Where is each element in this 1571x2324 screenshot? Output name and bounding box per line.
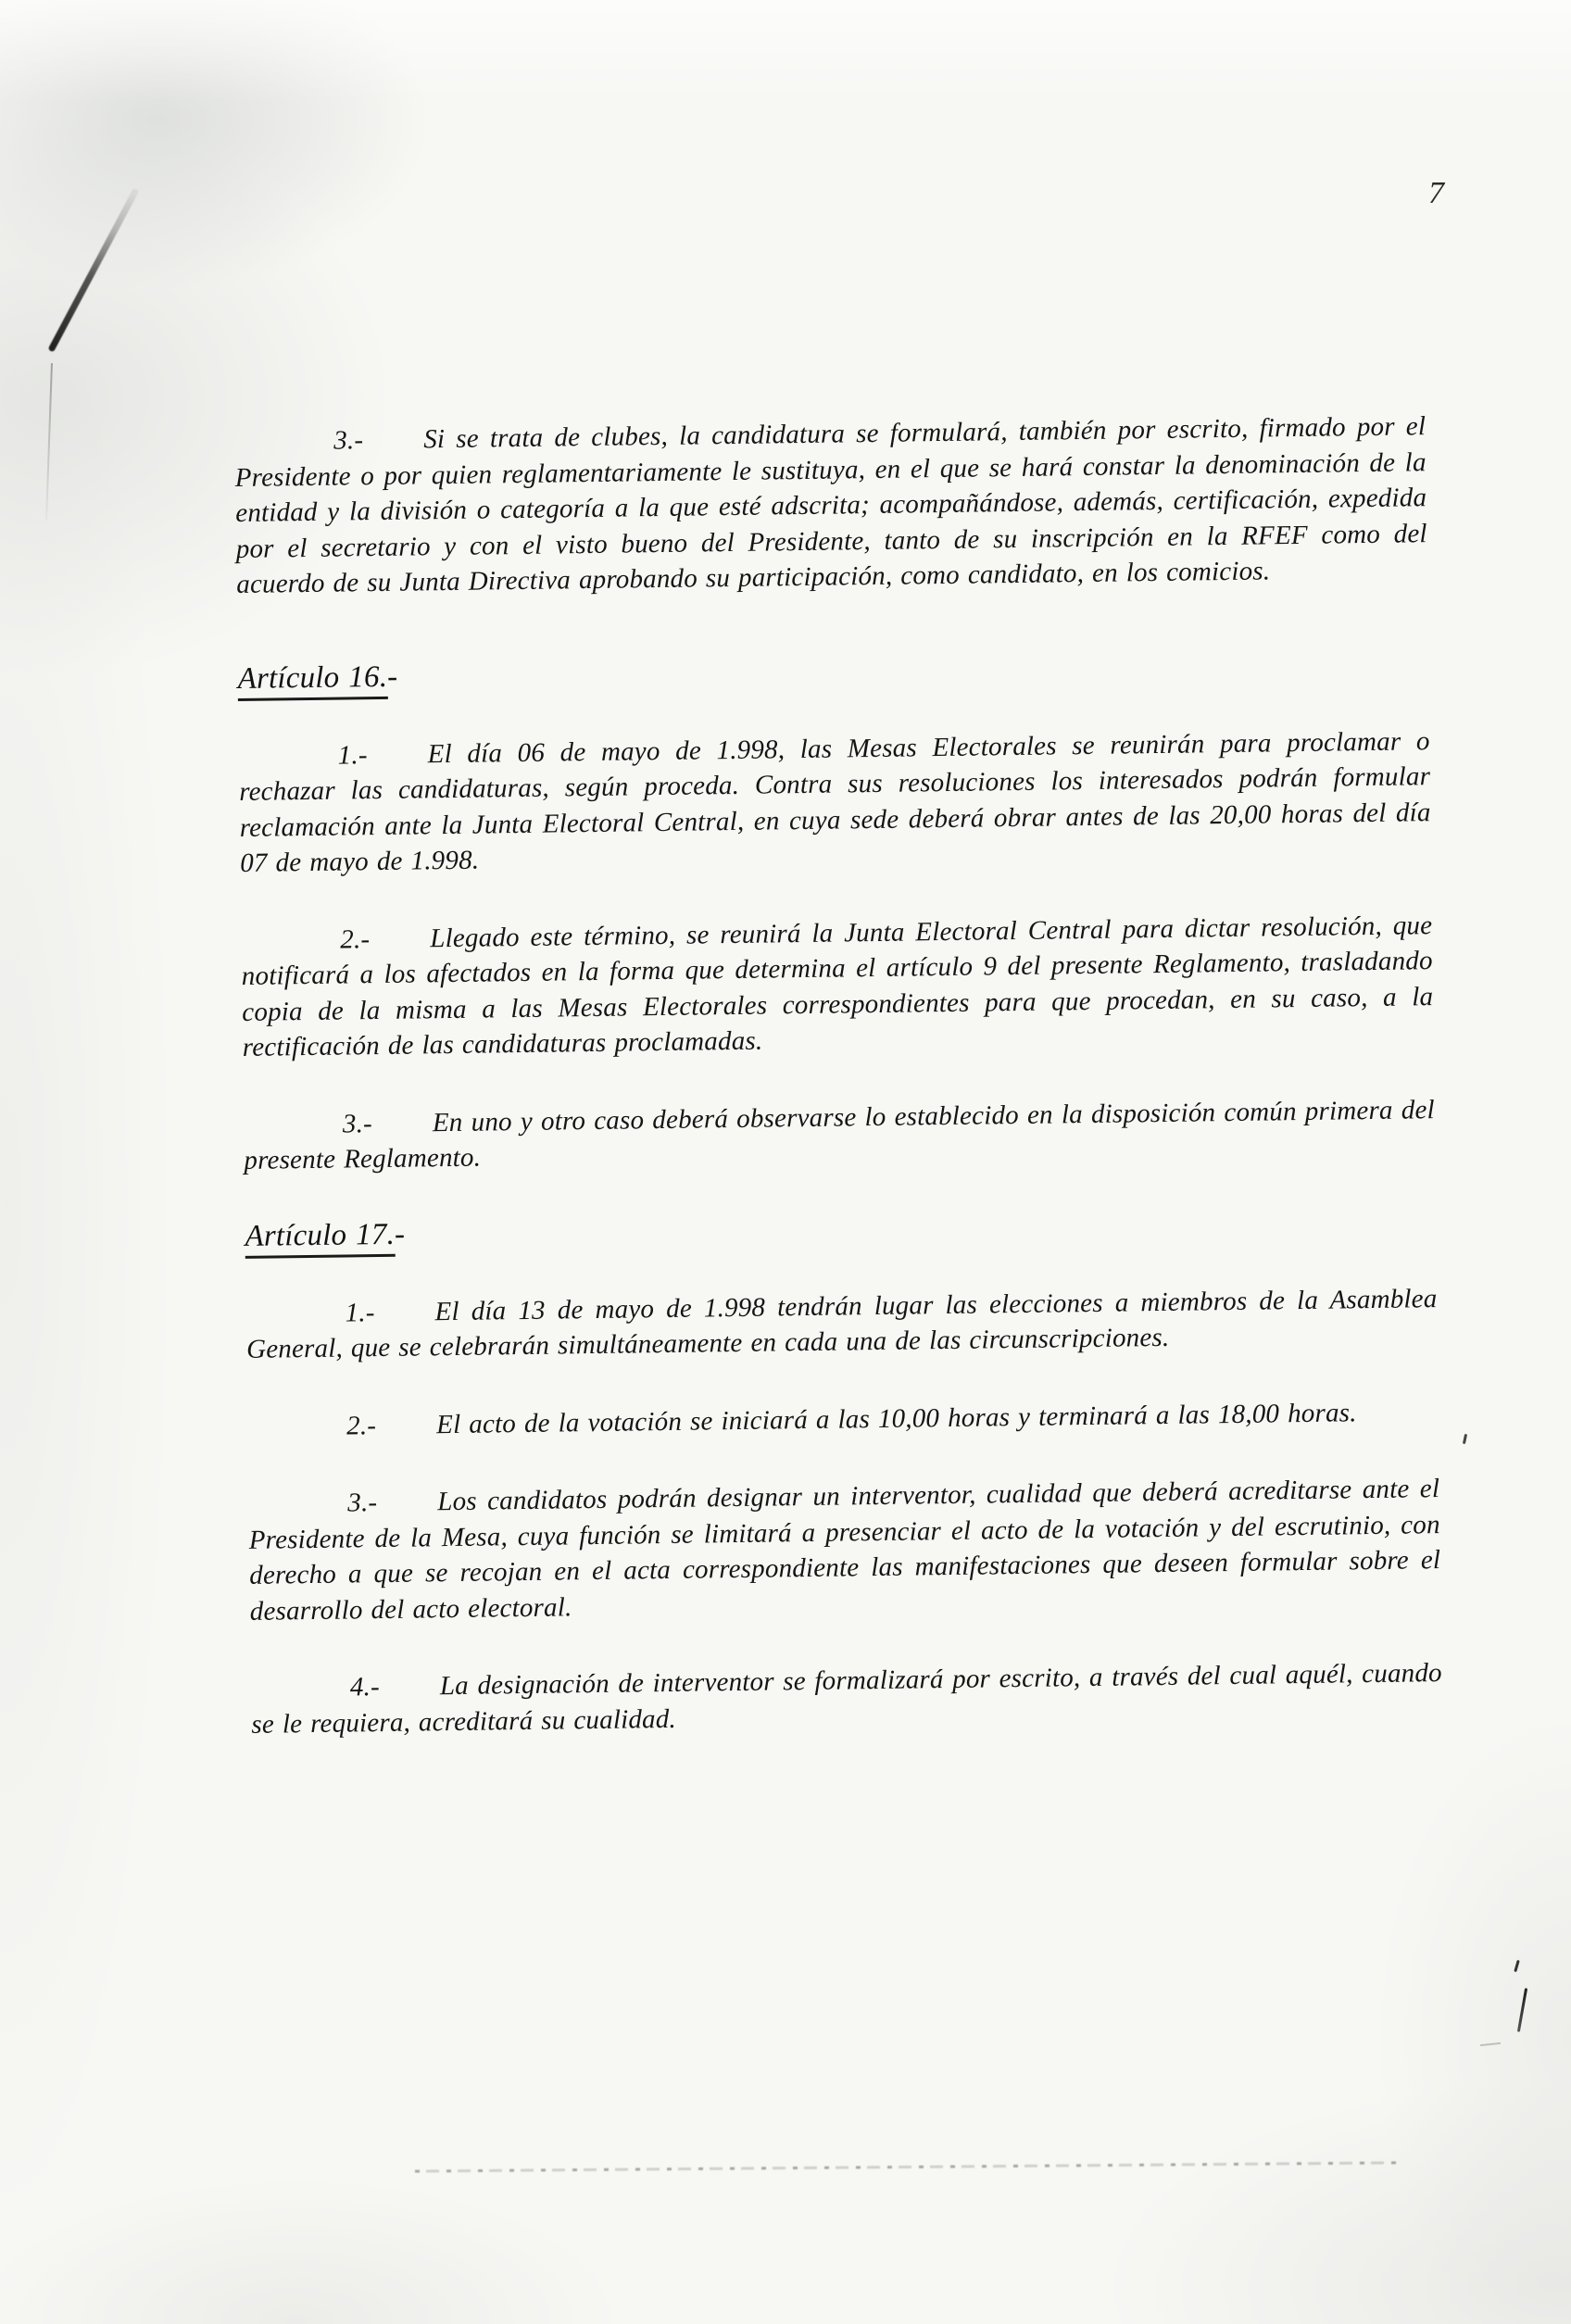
article-17-label: Artículo 17. [245, 1217, 395, 1258]
article-16-heading: Artículo 16.- [237, 645, 1428, 697]
stray-mark-tick [1463, 1434, 1467, 1444]
paragraph-number: 2.- [346, 1407, 436, 1444]
paragraph-art17-2: 2.-El acto de la votación se iniciará a … [247, 1394, 1439, 1445]
paragraph-number: 3.- [343, 1105, 433, 1142]
scan-smudge-line [415, 2161, 1399, 2172]
paragraph-number: 1.- [337, 736, 427, 773]
article-17-heading: Artículo 17.- [245, 1202, 1436, 1255]
paragraph-text: El acto de la votación se iniciará a las… [436, 1398, 1357, 1439]
paragraph-number: 2.- [340, 921, 430, 958]
paragraph-number: 1.- [345, 1294, 434, 1331]
paragraph-art16-2: 2.-Llegado este término, se reunirá la J… [241, 908, 1434, 1066]
page-number: 7 [1428, 176, 1444, 211]
pen-stroke-mark [47, 187, 139, 352]
paragraph-number: 4.- [350, 1668, 440, 1705]
stray-mark-apostrophe [1514, 1960, 1519, 1972]
paragraph-clubs-candidacy: 3.-Si se trata de clubes, la candidatura… [234, 408, 1427, 602]
paragraph-art17-4: 4.-La designación de interventor se form… [251, 1655, 1443, 1742]
paragraph-art17-3: 3.-Los candidatos podrán designar un int… [248, 1471, 1441, 1629]
stray-mark-dash [1480, 2042, 1501, 2046]
article-16-label: Artículo 16. [237, 660, 387, 700]
page-layer: 7 3.-Si se trata de clubes, la candidatu… [0, 0, 1571, 2324]
paragraph-number: 3.- [333, 421, 423, 459]
paragraph-number: 3.- [347, 1484, 437, 1521]
paragraph-art16-1: 1.-El día 06 de mayo de 1.998, las Mesas… [238, 723, 1431, 882]
scanned-page: { "page": { "number": "7" }, "body": { "… [0, 0, 1571, 2324]
article-16-dash: - [387, 660, 398, 693]
paragraph-art17-1: 1.-El día 13 de mayo de 1.998 tendrán lu… [245, 1281, 1438, 1368]
paragraph-art16-3: 3.-En uno y otro caso deberá observarse … [244, 1092, 1436, 1179]
stray-mark-slash [1517, 1988, 1527, 2032]
pen-stroke-faint [45, 363, 53, 521]
article-17-dash: - [395, 1217, 406, 1250]
document-body: 3.-Si se trata de clubes, la candidatura… [234, 408, 1443, 1742]
